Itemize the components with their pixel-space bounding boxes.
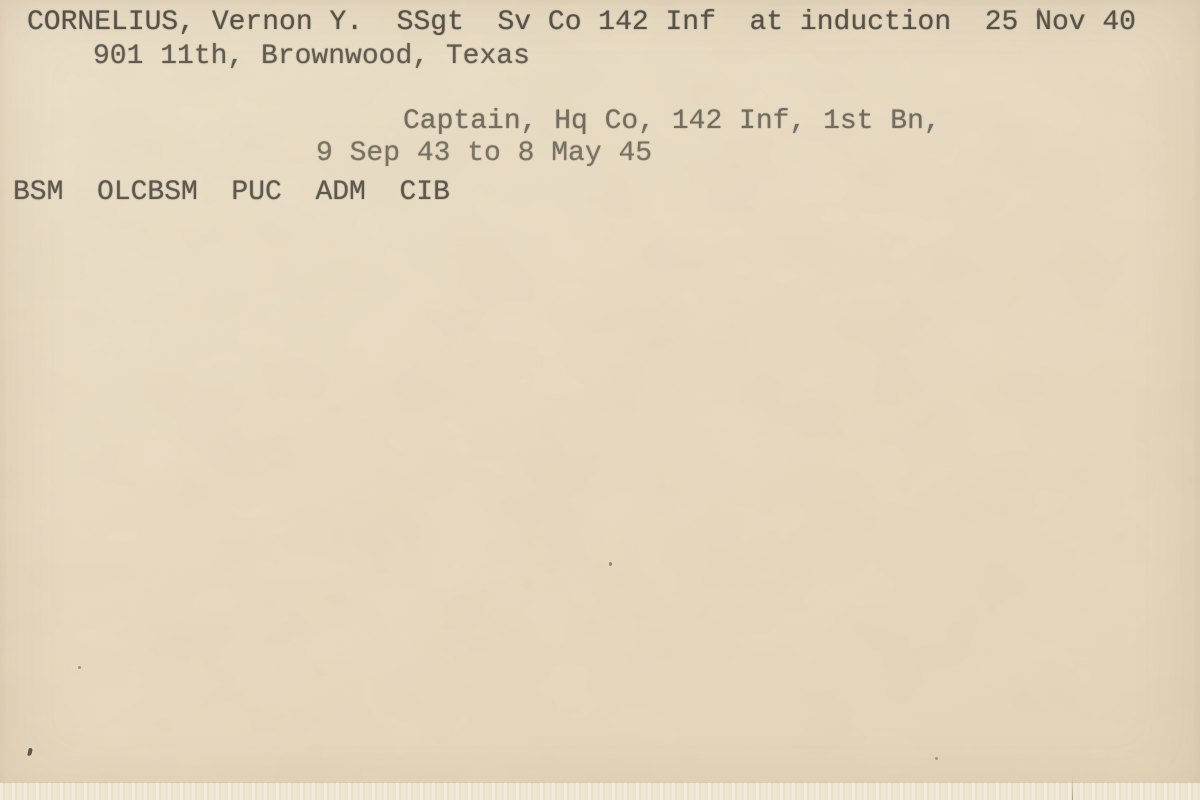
edge-crack-mark xyxy=(1072,776,1073,800)
service-dates-line: 9 Sep 43 to 8 May 45 xyxy=(316,140,652,168)
service-record-card: CORNELIUS, Vernon Y. SSgt Sv Co 142 Inf … xyxy=(0,0,1200,800)
name-rank-induction-line: CORNELIUS, Vernon Y. SSgt Sv Co 142 Inf … xyxy=(27,9,1136,37)
paper-speck xyxy=(609,562,612,566)
ink-speck xyxy=(27,748,33,757)
awards-decorations-line: BSM OLCBSM PUC ADM CIB xyxy=(13,179,450,207)
card-bottom-edge xyxy=(0,782,1200,800)
home-address-line: 901 11th, Brownwood, Texas xyxy=(93,43,530,71)
paper-speck xyxy=(935,757,938,760)
officer-assignment-line: Captain, Hq Co, 142 Inf, 1st Bn, xyxy=(403,108,941,136)
paper-speck xyxy=(78,666,81,669)
